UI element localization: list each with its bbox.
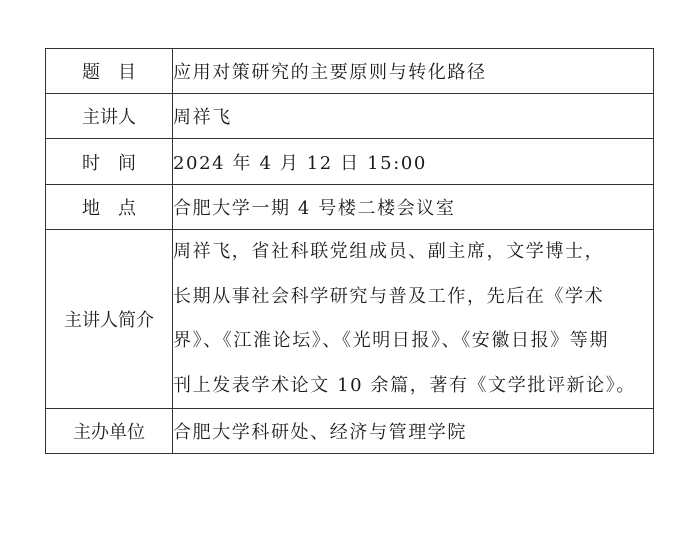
row-organizer: 主办单位 合肥大学科研处、经济与管理学院 [46, 409, 654, 454]
value-organizer: 合肥大学科研处、经济与管理学院 [173, 409, 654, 454]
row-topic: 题 目 应用对策研究的主要原则与转化路径 [46, 49, 654, 94]
row-speaker-bio: 主讲人简介 周祥飞，省社科联党组成员、副主席，文学博士， 长期从事社会科学研究与… [46, 230, 654, 409]
label-speaker-bio: 主讲人简介 [46, 230, 173, 409]
value-speaker-bio: 周祥飞，省社科联党组成员、副主席，文学博士， 长期从事社会科学研究与普及工作，先… [173, 230, 654, 409]
value-time: 2024 年 4 月 12 日 15:00 [173, 139, 654, 185]
row-location: 地 点 合肥大学一期 4 号楼二楼会议室 [46, 185, 654, 230]
lecture-info-table: 题 目 应用对策研究的主要原则与转化路径 主讲人 周祥飞 时 间 2024 年 … [45, 48, 654, 454]
label-time: 时 间 [46, 139, 173, 185]
value-location: 合肥大学一期 4 号楼二楼会议室 [173, 185, 654, 230]
value-topic: 应用对策研究的主要原则与转化路径 [173, 49, 654, 94]
value-speaker: 周祥飞 [173, 94, 654, 139]
row-time: 时 间 2024 年 4 月 12 日 15:00 [46, 139, 654, 185]
bio-line-3: 界》、《江淮论坛》、《光明日报》、《安徽日报》等期 [173, 319, 653, 364]
bio-line-1: 周祥飞，省社科联党组成员、副主席，文学博士， [173, 230, 653, 275]
label-organizer: 主办单位 [46, 409, 173, 454]
label-location: 地 点 [46, 185, 173, 230]
row-speaker: 主讲人 周祥飞 [46, 94, 654, 139]
label-speaker: 主讲人 [46, 94, 173, 139]
bio-line-4: 刊上发表学术论文 10 余篇，著有《文学批评新论》。 [173, 364, 653, 409]
bio-line-2: 长期从事社会科学研究与普及工作，先后在《学术 [173, 275, 653, 320]
label-topic: 题 目 [46, 49, 173, 94]
